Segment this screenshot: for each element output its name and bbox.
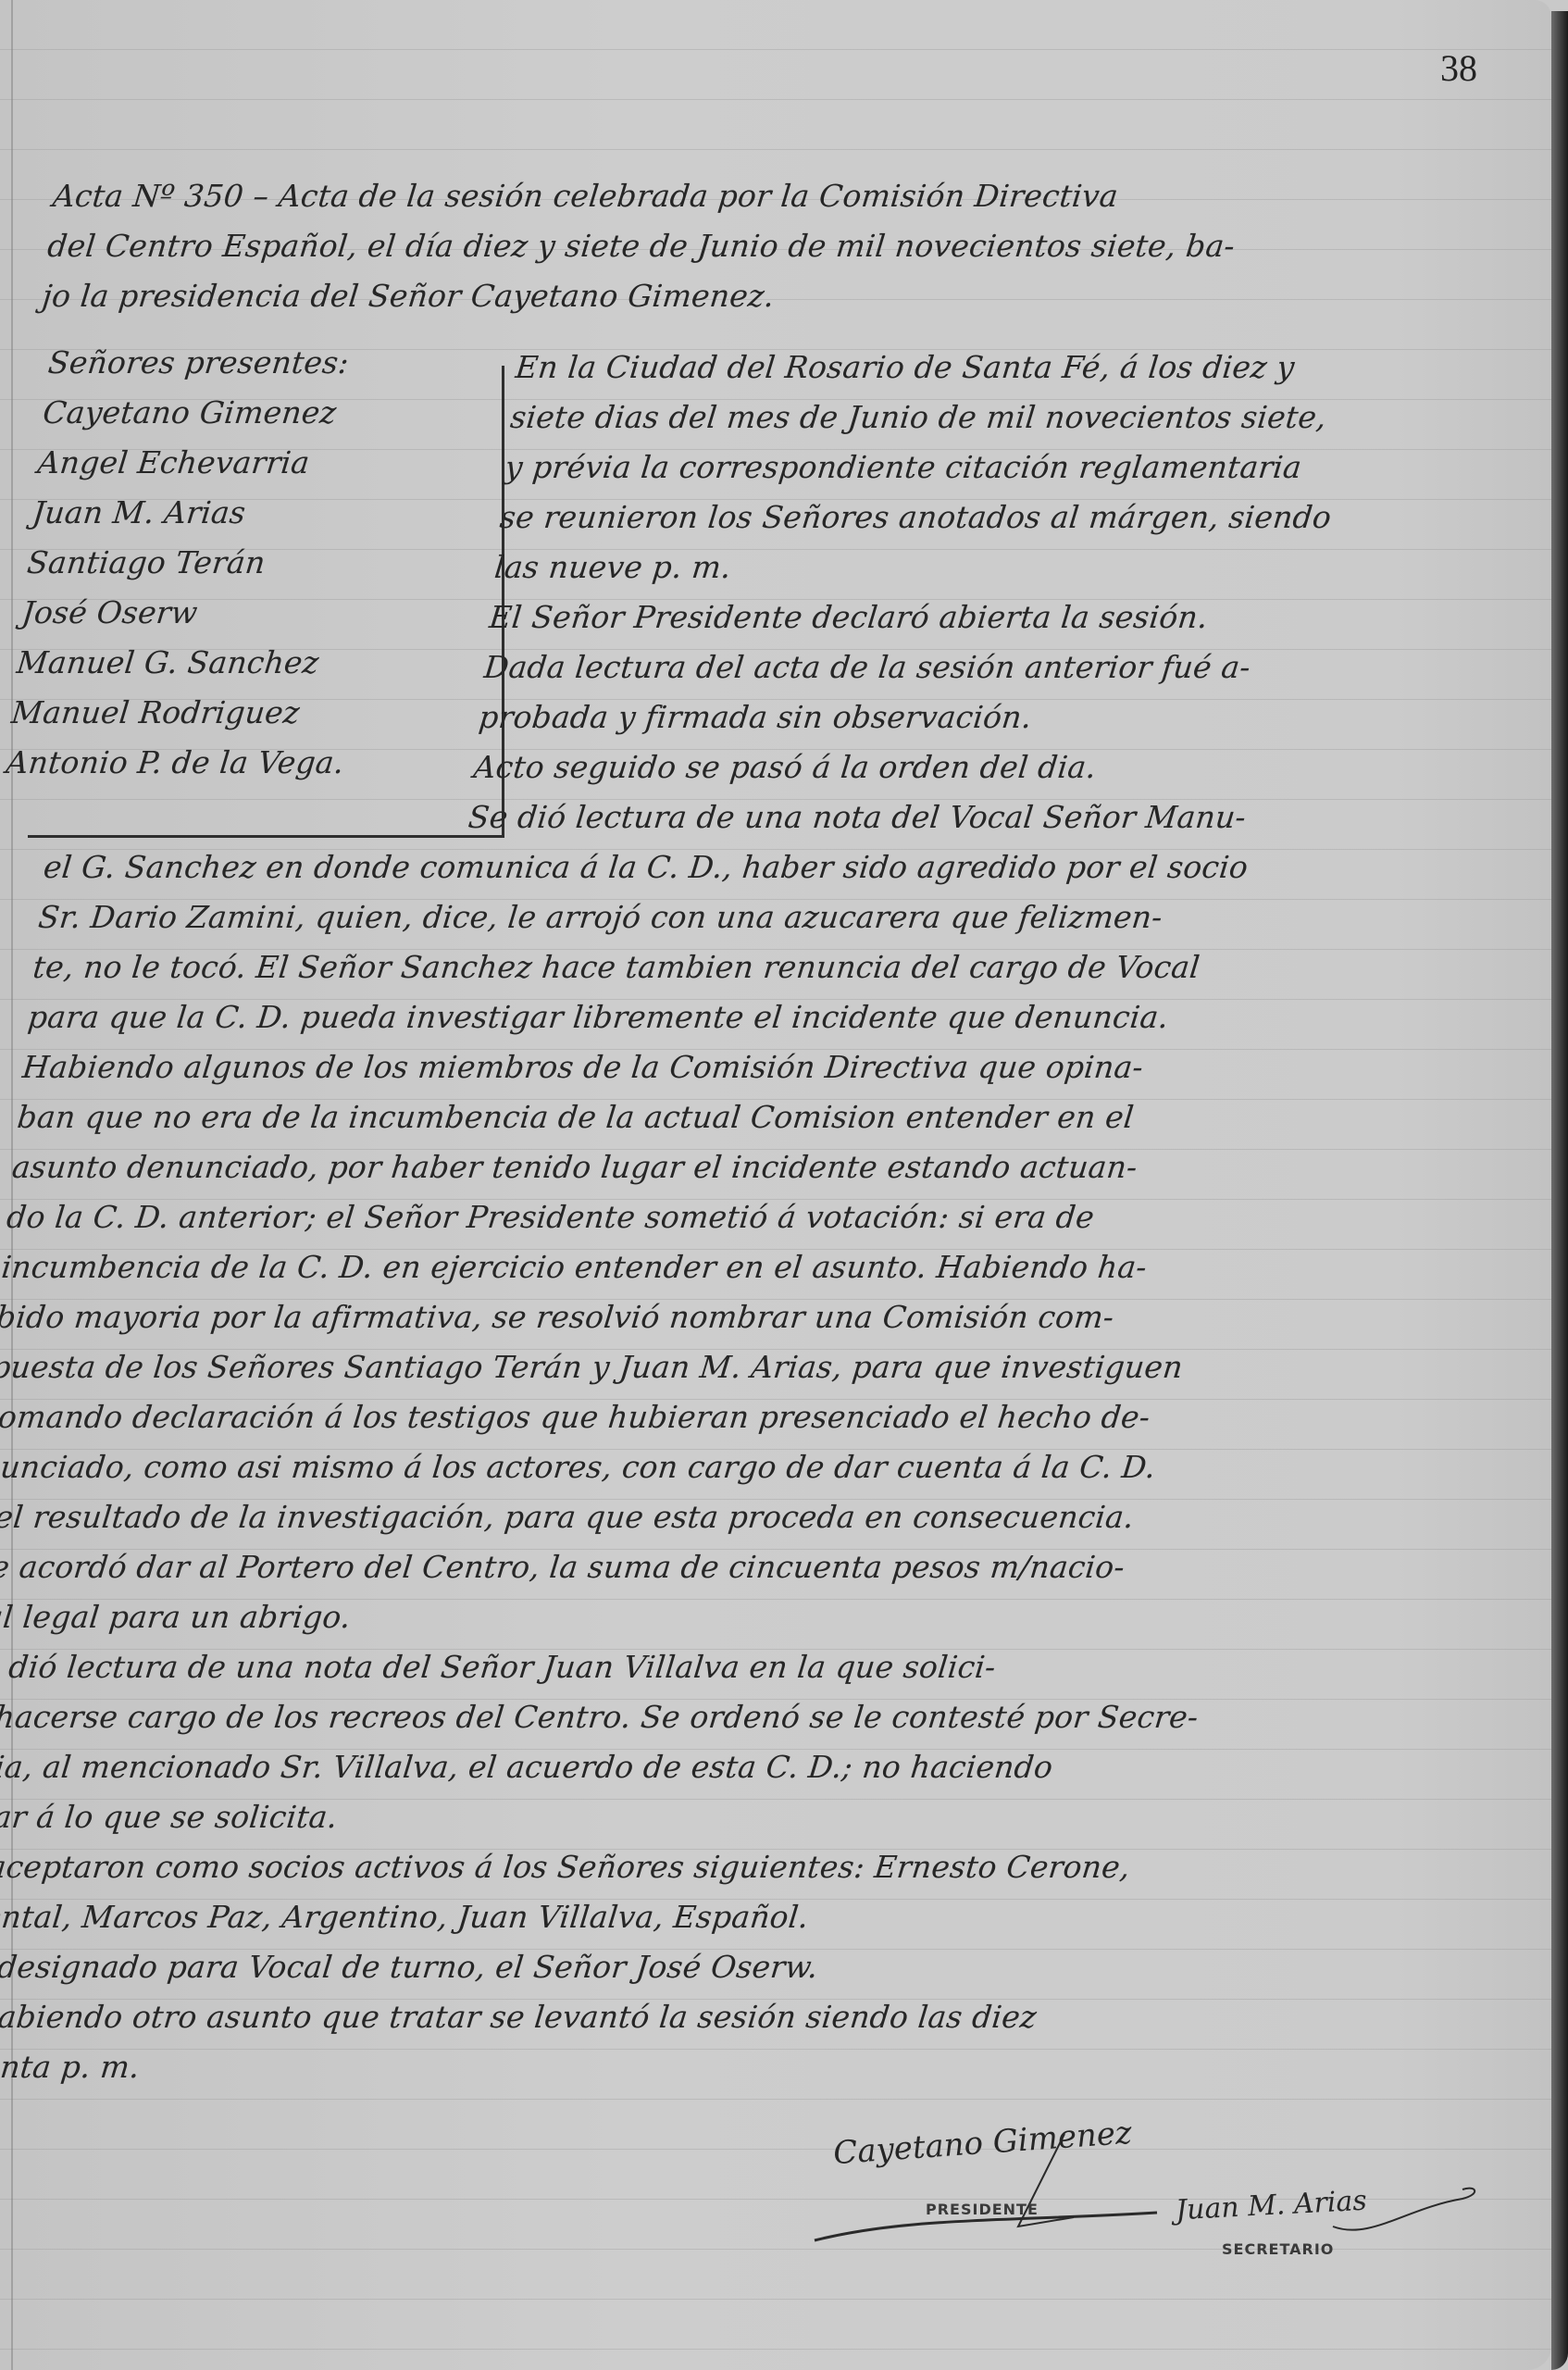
body-line: siete dias del mes de Junio de mil novec… bbox=[508, 393, 1513, 443]
body-line: En la Ciudad del Rosario de Santa Fé, á … bbox=[513, 343, 1518, 393]
secretary-stamp: SECRETARIO bbox=[1222, 2240, 1334, 2258]
body-line: y prévia la correspondiente citación reg… bbox=[503, 443, 1508, 493]
body-line: el G. Sanchez en donde comunica á la C. … bbox=[41, 842, 1527, 892]
body-line: taria, al mencionado Sr. Villalva, el ac… bbox=[0, 1742, 1433, 1792]
body-line: lugar á lo que se solicita. bbox=[0, 1792, 1427, 1842]
body-line: se reunieron los Señores anotados al már… bbox=[497, 493, 1502, 543]
body-line: asunto denunciado, por haber tenido luga… bbox=[9, 1142, 1496, 1192]
body-line: ban que no era de la incumbencia de la a… bbox=[15, 1092, 1501, 1142]
body-line: probada y firmada sin observación. bbox=[477, 692, 1482, 742]
body-line: te, no le tocó. El Señor Sanchez hace ta… bbox=[31, 942, 1517, 992]
president-stamp: PRESIDENTE bbox=[926, 2201, 1039, 2218]
body-line: No habiendo otro asunto que tratar se le… bbox=[0, 1992, 1406, 2042]
heading-line: del Centro Español, el día diez y siete … bbox=[45, 221, 1513, 271]
body-line: bido mayoria por la afirmativa, se resol… bbox=[0, 1292, 1480, 1342]
body-line: Se aceptaron como socios activos á los S… bbox=[0, 1842, 1422, 1892]
body-line: Oriental, Marcos Paz, Argentino, Juan Vi… bbox=[0, 1892, 1417, 1942]
body-line: ta hacerse cargo de los recreos del Cent… bbox=[0, 1692, 1438, 1742]
body-line: Se dió lectura de una nota del Señor Jua… bbox=[0, 1642, 1443, 1692]
attendee-name: Juan M. Arias bbox=[30, 488, 479, 538]
heading-line: Acta Nº 350 – Acta de la sesión celebrad… bbox=[50, 171, 1518, 221]
heading-line: jo la presidencia del Señor Cayetano Gim… bbox=[40, 271, 1508, 321]
minutes-heading: Acta Nº 350 – Acta de la sesión celebrad… bbox=[40, 171, 1518, 321]
body-line: y treinta p. m. bbox=[0, 2042, 1401, 2092]
body-line: Se acordó dar al Portero del Centro, la … bbox=[0, 1542, 1454, 1592]
body-line: Habiendo algunos de los miembros de la C… bbox=[20, 1042, 1507, 1092]
signature-block: Cayetano Gimenez PRESIDENTE Juan M. Aria… bbox=[796, 2115, 1500, 2254]
ledger-page: 38 Acta Nº 350 – Acta de la sesión celeb… bbox=[0, 0, 1551, 2370]
body-line: Fué designado para Vocal de turno, el Se… bbox=[0, 1942, 1412, 1992]
attendee-name: Santiago Terán bbox=[25, 538, 475, 588]
binding-edge bbox=[1551, 11, 1568, 2370]
attendee-name: Antonio P. de la Vega. bbox=[4, 738, 454, 788]
body-line: nunciado, como asi mismo á los actores, … bbox=[0, 1442, 1464, 1492]
body-line: Dada lectura del acta de la sesión anter… bbox=[481, 642, 1487, 692]
body-line: puesta de los Señores Santiago Terán y J… bbox=[0, 1342, 1475, 1392]
attendee-name: Manuel Rodriguez bbox=[9, 688, 459, 738]
attendee-list: Señores presentes: Cayetano Gimenez Ange… bbox=[4, 338, 495, 788]
body-line: las nueve p. m. bbox=[492, 543, 1498, 592]
minutes-body-full-width: el G. Sanchez en donde comunica á la C. … bbox=[0, 842, 1527, 2092]
body-line: tomando declaración á los testigos que h… bbox=[0, 1392, 1470, 1442]
body-line: del resultado de la investigación, para … bbox=[0, 1492, 1459, 1542]
body-line: Sr. Dario Zamini, quien, dice, le arrojó… bbox=[36, 892, 1523, 942]
minutes-body-right-column: En la Ciudad del Rosario de Santa Fé, á … bbox=[466, 343, 1518, 842]
body-line: para que la C. D. pueda investigar libre… bbox=[25, 992, 1512, 1042]
body-line: nal legal para un abrigo. bbox=[0, 1592, 1449, 1642]
body-line: incumbencia de la C. D. en ejercicio ent… bbox=[0, 1242, 1486, 1292]
attendee-name: Cayetano Gimenez bbox=[41, 388, 491, 438]
page-number: 38 bbox=[1440, 46, 1477, 90]
body-line: Acto seguido se pasó á la orden del dia. bbox=[471, 742, 1476, 792]
body-line: do la C. D. anterior; el Señor President… bbox=[5, 1192, 1491, 1242]
attendee-name: Angel Echevarria bbox=[35, 438, 485, 488]
attendee-list-title: Señores presentes: bbox=[45, 338, 495, 388]
body-line: El Señor Presidente declaró abierta la s… bbox=[487, 592, 1492, 642]
attendee-name: José Oserw bbox=[19, 588, 469, 638]
attendee-name: Manuel G. Sanchez bbox=[14, 638, 464, 688]
body-line: Se dió lectura de una nota del Vocal Señ… bbox=[466, 792, 1471, 842]
